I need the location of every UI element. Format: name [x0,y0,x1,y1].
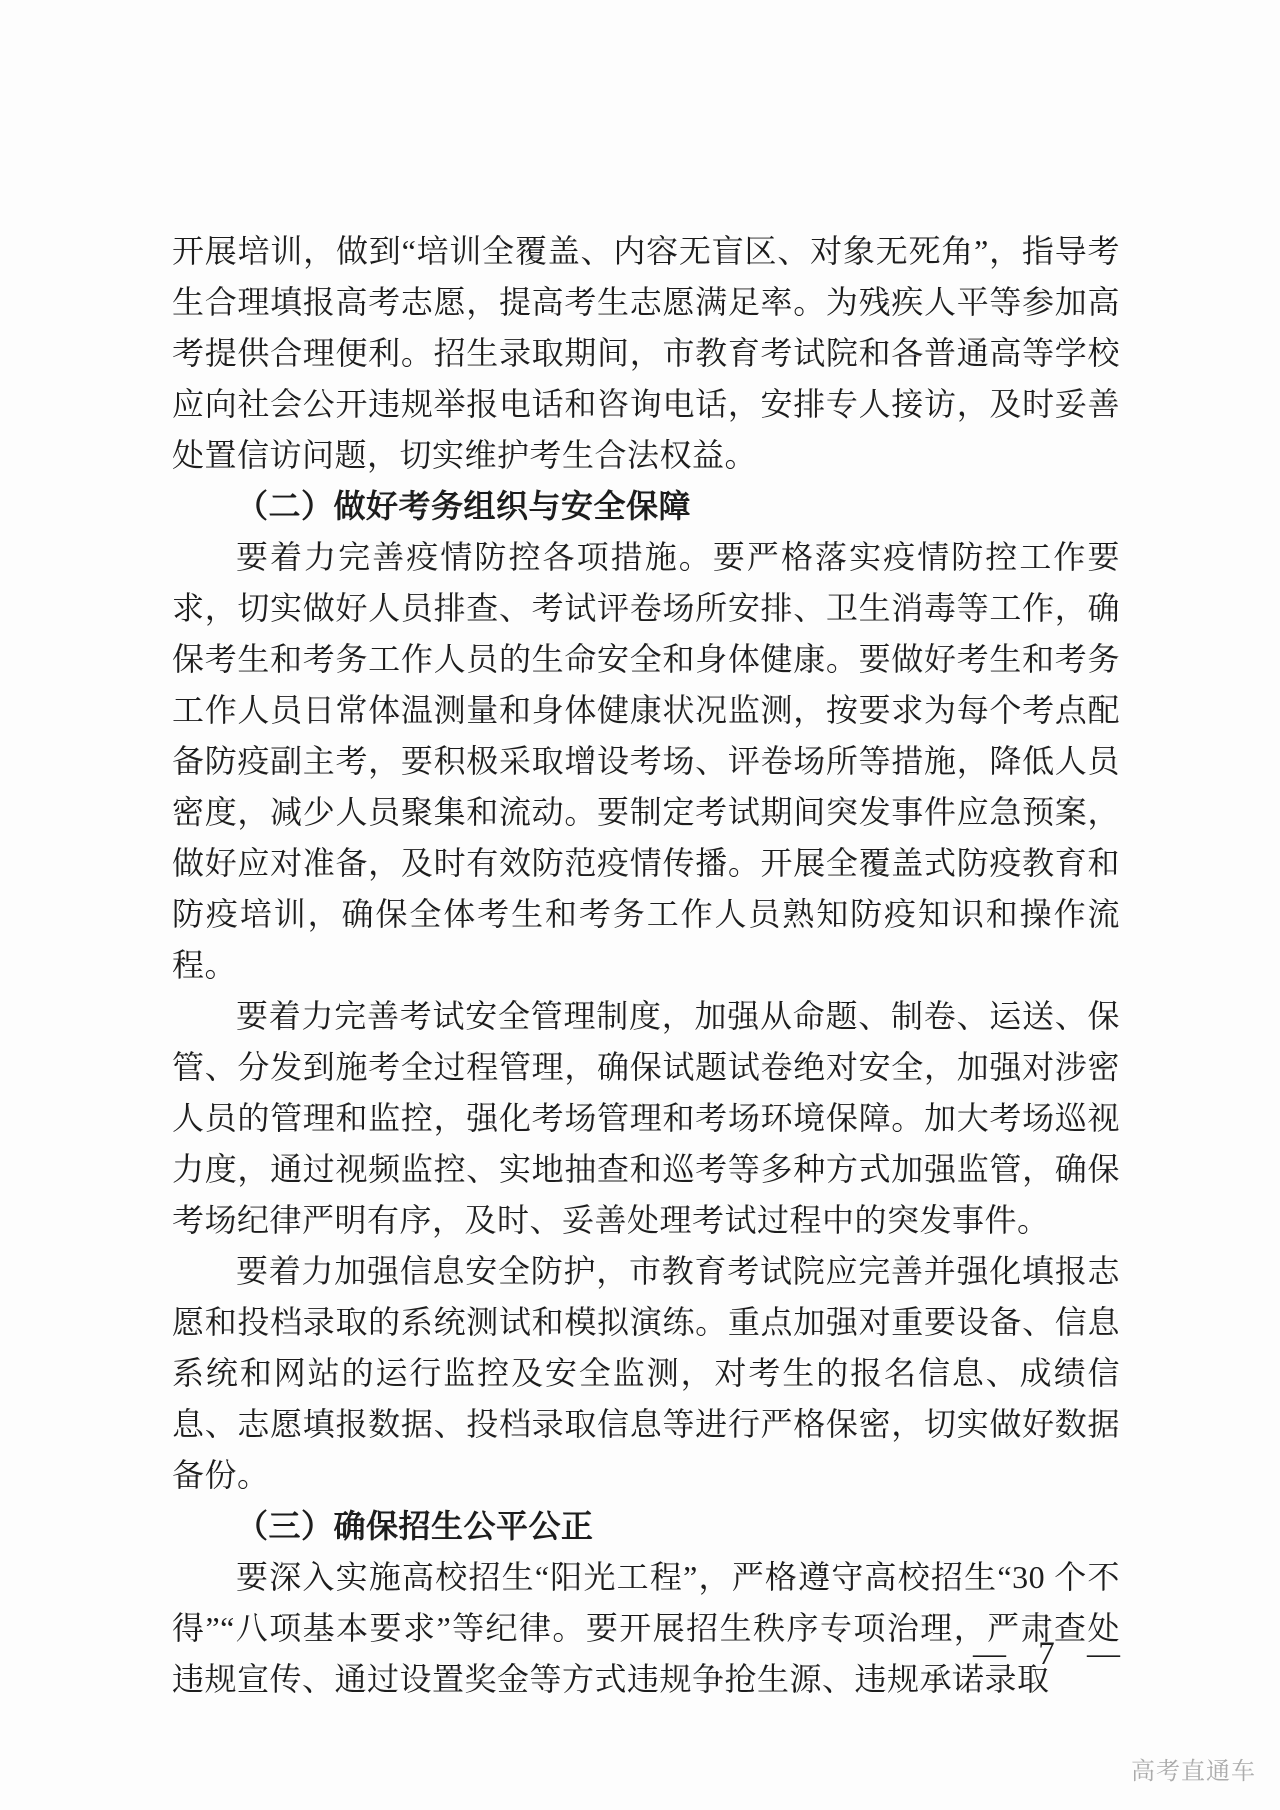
section-heading-2: （二）做好考务组织与安全保障 [172,481,1120,532]
body-paragraph-continuation: 开展培训，做到“培训全覆盖、内容无盲区、对象无死角”，指导考生合理填报高考志愿，… [172,226,1120,481]
watermark-label: 高考直通车 [1131,1751,1256,1786]
page-number: — 7 — [973,1636,1120,1673]
body-paragraph-info-security: 要着力加强信息安全防护，市教育考试院应完善并强化填报志愿和投档录取的系统测试和模… [172,1246,1120,1501]
body-paragraph-epidemic-control: 要着力完善疫情防控各项措施。要严格落实疫情防控工作要求，切实做好人员排查、考试评… [172,532,1120,991]
body-paragraph-fairness: 要深入实施高校招生“阳光工程”，严格遵守高校招生“30 个不得”“八项基本要求”… [172,1552,1120,1705]
document-body: 开展培训，做到“培训全覆盖、内容无盲区、对象无死角”，指导考生合理填报高考志愿，… [172,226,1120,1705]
document-page: 开展培训，做到“培训全覆盖、内容无盲区、对象无死角”，指导考生合理填报高考志愿，… [0,0,1280,1810]
body-paragraph-exam-security: 要着力完善考试安全管理制度，加强从命题、制卷、运送、保管、分发到施考全过程管理，… [172,991,1120,1246]
section-heading-3: （三）确保招生公平公正 [172,1501,1120,1552]
